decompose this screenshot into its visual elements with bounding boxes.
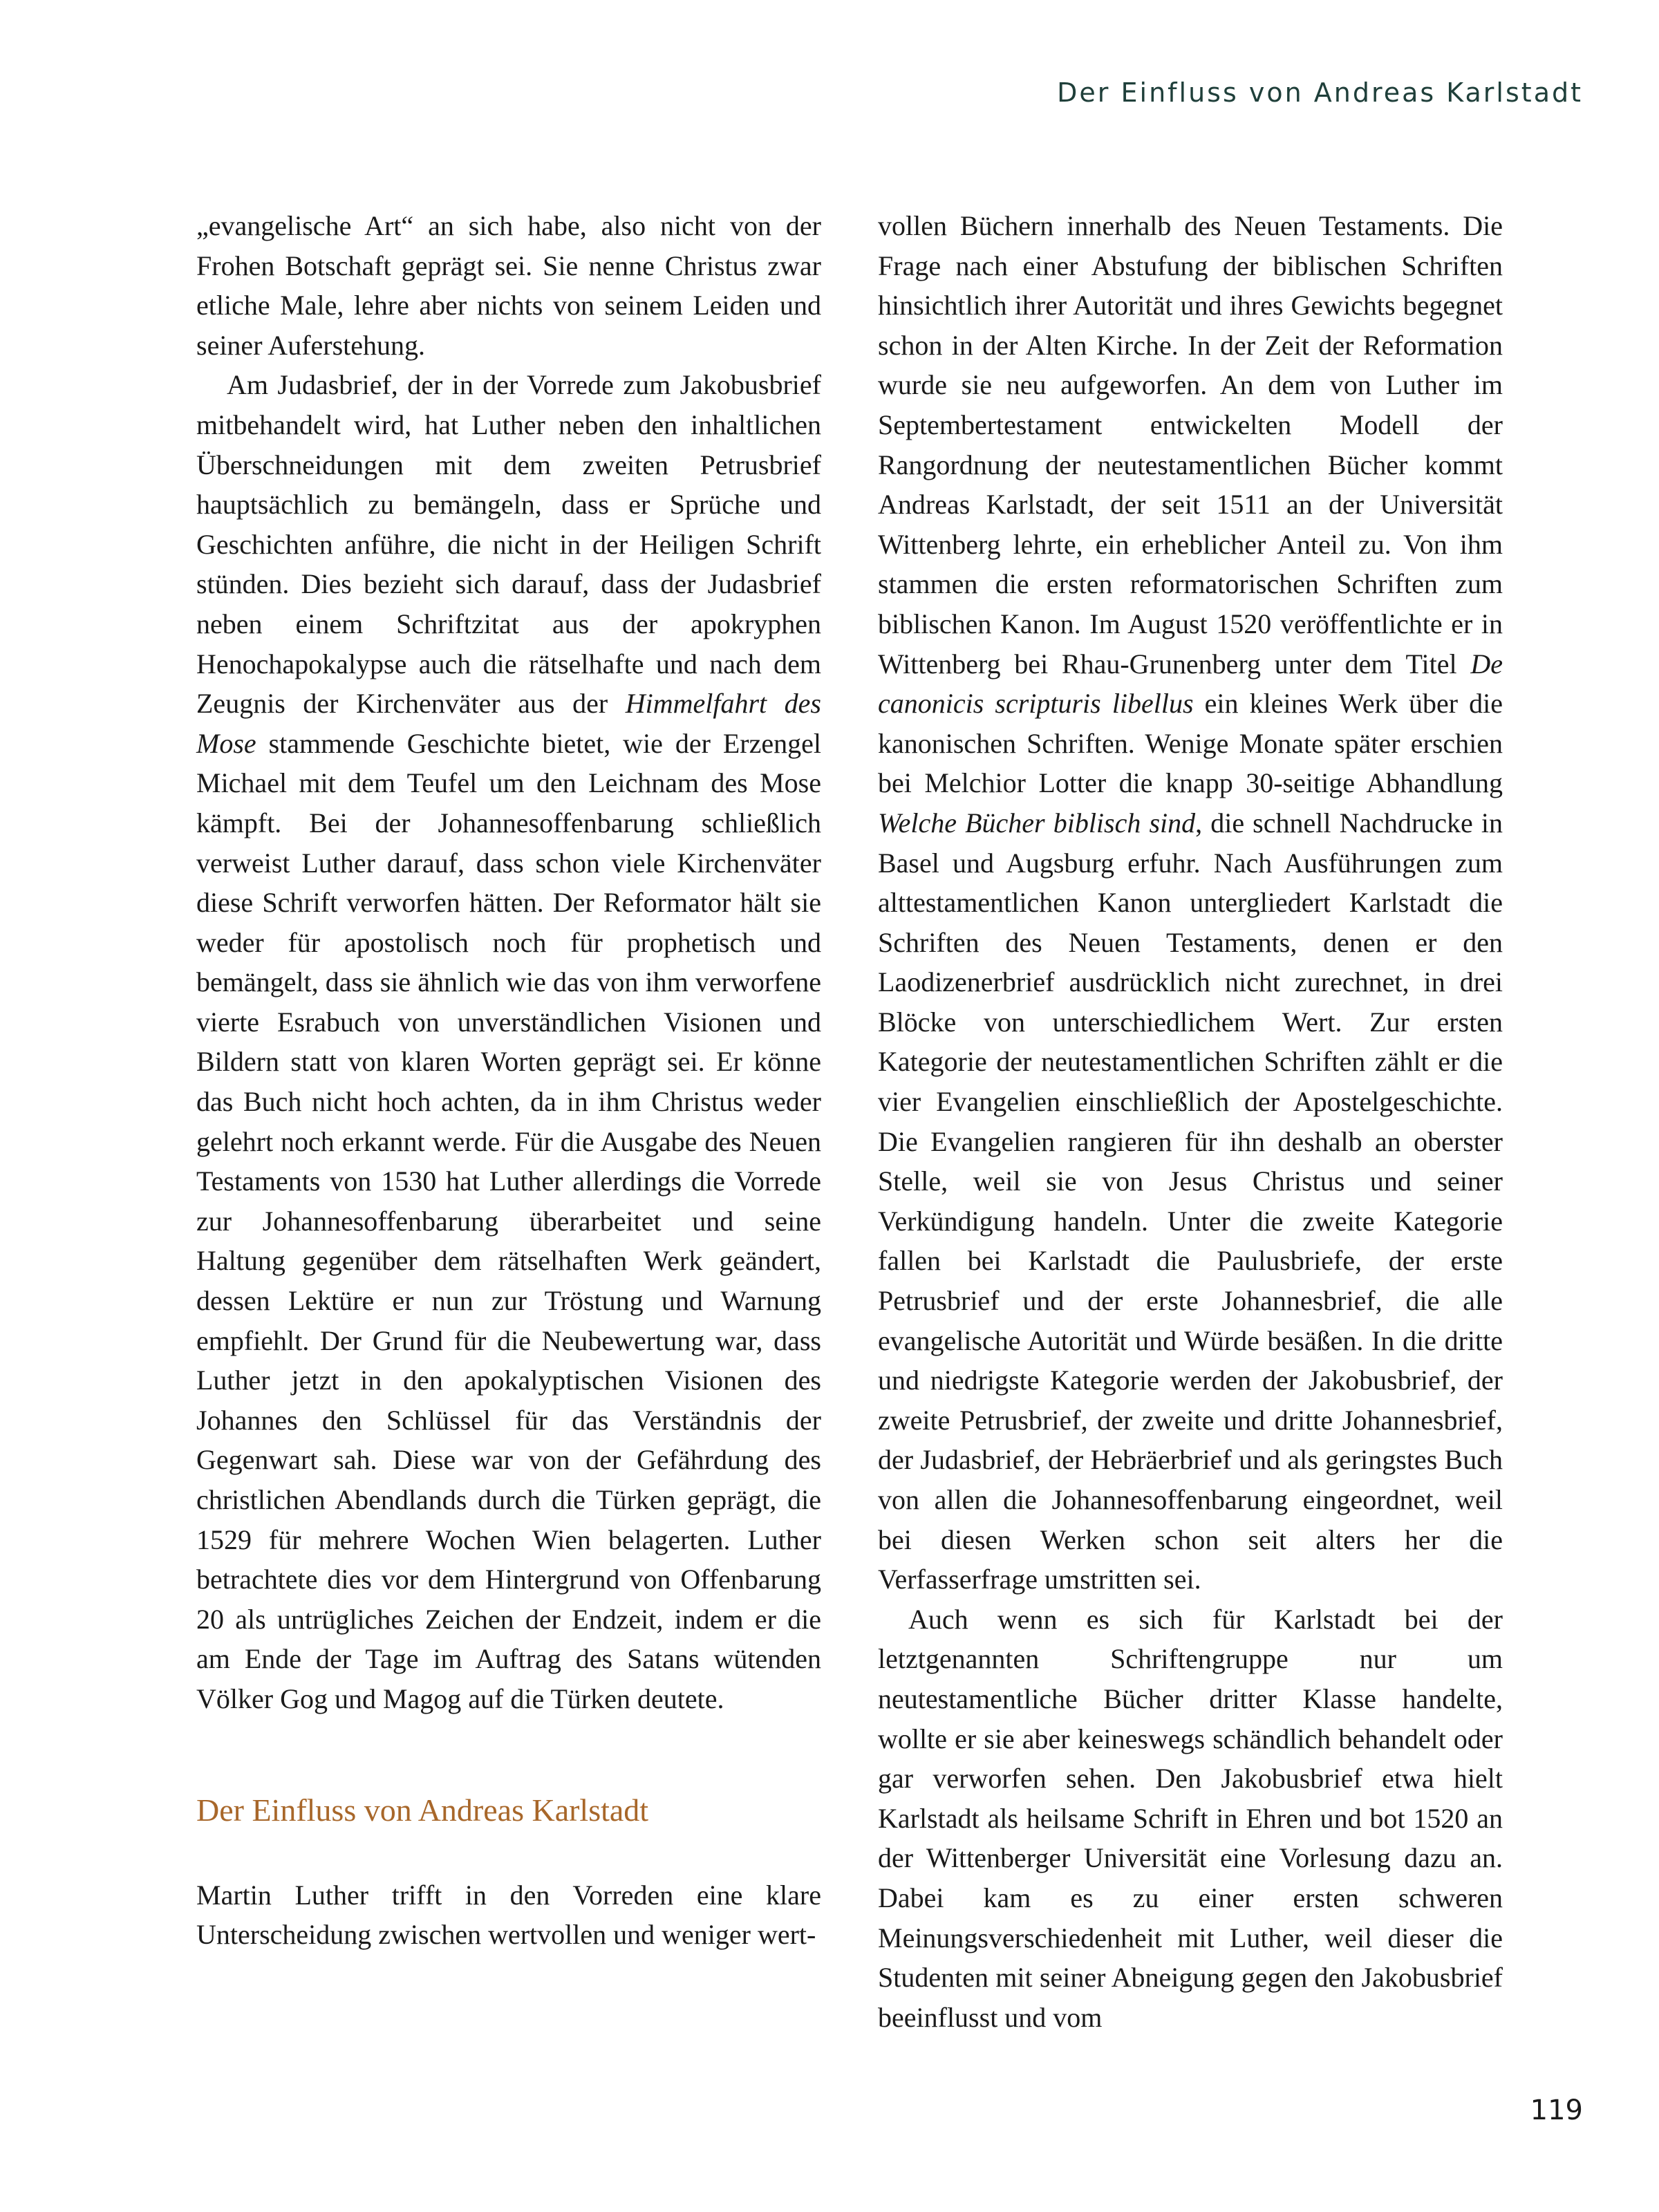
paragraph-text: stammende Geschichte bietet, wie der Erz… xyxy=(196,728,821,1714)
paragraph: Am Judasbrief, der in der Vorrede zum Ja… xyxy=(196,365,821,1718)
italic-title: Welche Bücher biblisch sind xyxy=(878,807,1195,838)
page-number: 119 xyxy=(1530,2094,1583,2126)
paragraph: Martin Luther trifft in den Vorreden ein… xyxy=(196,1875,821,1955)
paragraph: Auch wenn es sich für Karlstadt bei der … xyxy=(878,1600,1503,2038)
right-column: vollen Büchern innerhalb des Neuen Testa… xyxy=(878,206,1503,2037)
section-heading: Der Einfluss von Andreas Karlstadt xyxy=(196,1790,821,1831)
left-column: „evangelische Art“ an sich habe, also ni… xyxy=(196,206,821,1955)
paragraph-text: Am Judasbrief, der in der Vorrede zum Ja… xyxy=(196,369,821,719)
paragraph: vollen Büchern innerhalb des Neuen Testa… xyxy=(878,206,1503,1600)
paragraph: „evangelische Art“ an sich habe, also ni… xyxy=(196,206,821,365)
paragraph-text: , die schnell Nachdrucke in Basel und Au… xyxy=(878,807,1503,1595)
paragraph-text: vollen Büchern innerhalb des Neuen Testa… xyxy=(878,210,1503,679)
running-header: Der Einfluss von Andreas Karlstadt xyxy=(1057,77,1583,108)
